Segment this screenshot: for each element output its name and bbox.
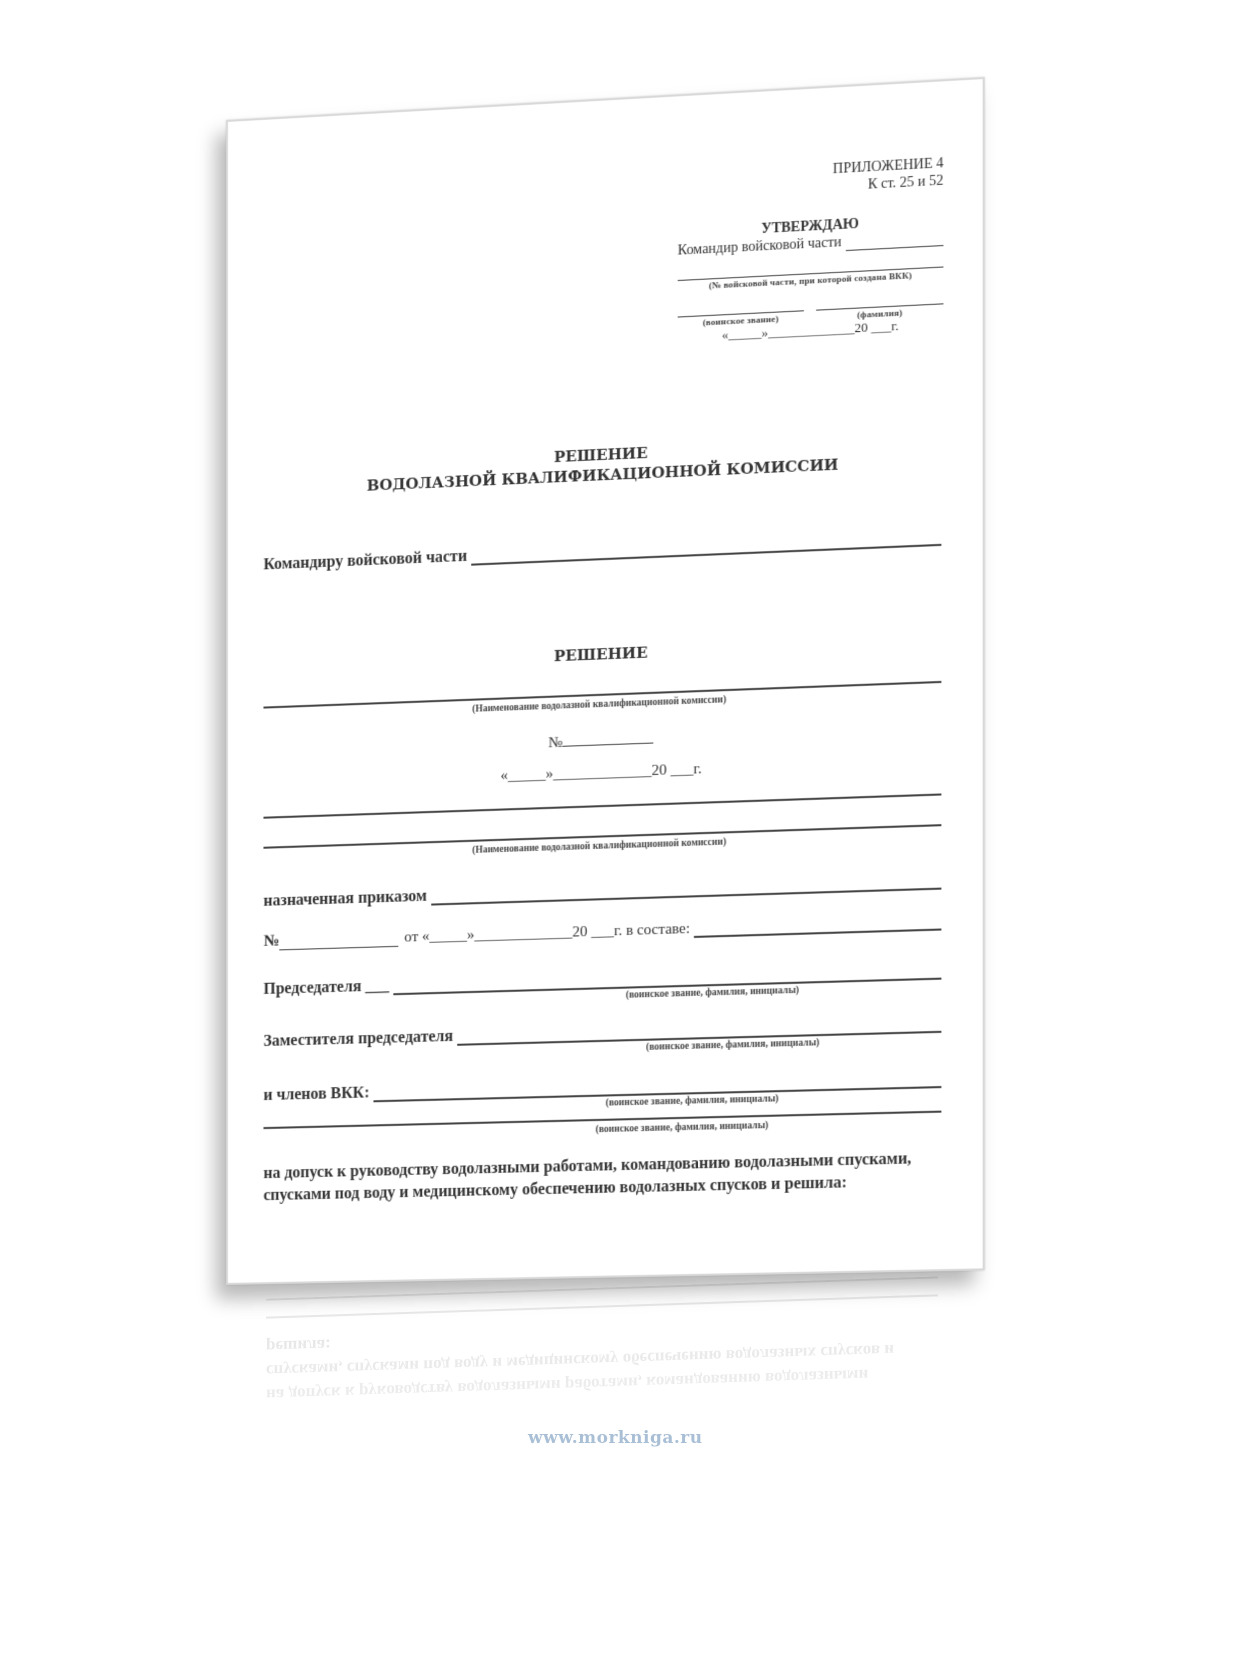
watermark: www.morkniga.ru xyxy=(528,1428,703,1448)
members-caption-2: (воинское звание, фамилия, инициалы) xyxy=(426,1117,941,1139)
order-number-field[interactable] xyxy=(279,934,398,951)
order-field[interactable] xyxy=(431,871,941,905)
order-number-label: № xyxy=(263,932,279,951)
appendix-header: ПРИЛОЖЕНИЕ 4 К ст. 25 и 52 xyxy=(833,155,944,196)
appointed-label: назначенная приказом xyxy=(263,888,426,911)
members-label: и членов ВКК: xyxy=(263,1084,369,1105)
order-extra-field[interactable] xyxy=(694,912,941,938)
chairman-label: Председателя ___ xyxy=(263,977,389,999)
closing-paragraph: на допуск к руководству водолазными рабо… xyxy=(263,1147,945,1207)
commander-unit-field[interactable] xyxy=(846,231,944,251)
decision-number-field[interactable] xyxy=(563,730,654,746)
product-image: ПРИЛОЖЕНИЕ 4 К ст. 25 и 52 УТВЕРЖДАЮ Ком… xyxy=(0,0,1249,1680)
appointed-row: назначенная приказом xyxy=(263,871,941,911)
number-label: № xyxy=(548,735,562,752)
decision-heading: РЕШЕНИЕ xyxy=(228,630,983,678)
addressee-row: Командиру войсковой части xyxy=(263,527,941,574)
addressee-label: Командиру войсковой части xyxy=(263,548,467,575)
addressee-field[interactable] xyxy=(471,527,941,565)
document-page: ПРИЛОЖЕНИЕ 4 К ст. 25 и 52 УТВЕРЖДАЮ Ком… xyxy=(226,77,985,1285)
document-title: РЕШЕНИЕ ВОДОЛАЗНОЙ КВАЛИФИКАЦИОННОЙ КОМИ… xyxy=(228,427,983,502)
commission-name-caption-1: (Наименование водолазной квалификационно… xyxy=(263,687,941,723)
order-number-row: № от «_____»_____________20 ___г. в сост… xyxy=(263,912,941,951)
commission-name-field-2[interactable] xyxy=(263,793,941,818)
approval-block: УТВЕРЖДАЮ Командир войсковой части (№ во… xyxy=(678,212,944,345)
order-date-composition[interactable]: от «_____»_____________20 ___г. в состав… xyxy=(404,921,690,947)
reflection-content: на допуск к руководству водолазными рабо… xyxy=(226,1275,978,1448)
deputy-label: Заместителя председателя xyxy=(263,1028,453,1051)
